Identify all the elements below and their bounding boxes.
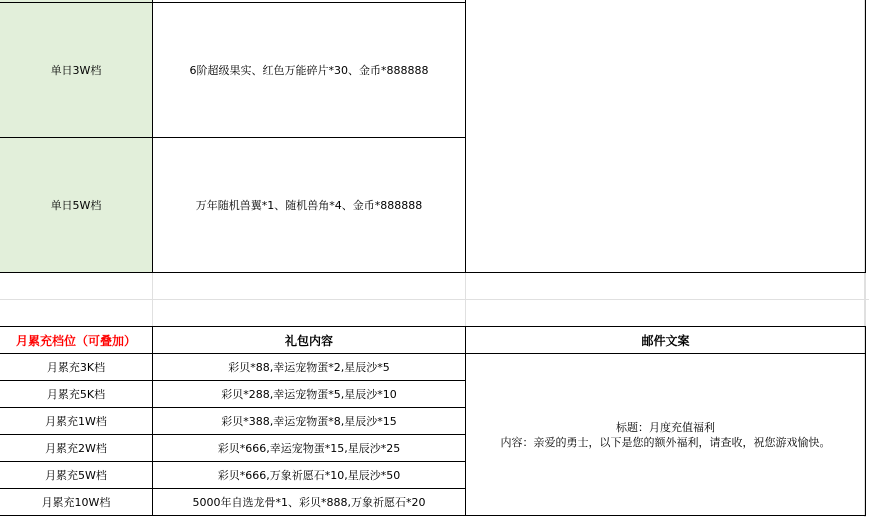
table-row-tier[interactable]: 月累充2W档 (0, 434, 153, 462)
daily-content-cell[interactable]: 万年随机兽翼*1、随机兽角*4、金币*888888 (152, 137, 466, 273)
content-text: 彩贝*88,幸运宠物蛋*2,星辰沙*5 (228, 359, 390, 375)
tier-label: 月累充2W档 (45, 440, 107, 456)
daily-content-cell[interactable]: 6阶超级果实、红色万能碎片*30、金币*888888 (152, 2, 466, 138)
table-row-content[interactable]: 彩贝*88,幸运宠物蛋*2,星辰沙*5 (152, 353, 466, 381)
daily-content-text: 万年随机兽翼*1、随机兽角*4、金币*888888 (196, 197, 423, 213)
header-tier[interactable]: 月累充档位（可叠加） (0, 326, 153, 354)
header-tier-label: 月累充档位（可叠加） (16, 332, 136, 349)
header-mail[interactable]: 邮件文案 (465, 326, 866, 354)
table-row-content[interactable]: 彩贝*388,幸运宠物蛋*8,星辰沙*15 (152, 407, 466, 435)
gridline (465, 272, 466, 326)
tier-label: 月累充3K档 (47, 359, 105, 375)
daily-tier-cell[interactable]: 单日3W档 (0, 2, 153, 138)
table-row-tier[interactable]: 月累充5W档 (0, 461, 153, 489)
tier-label: 月累充1W档 (45, 413, 107, 429)
table-row-content[interactable]: 5000年自选龙骨*1、彩贝*888,万象祈愿石*20 (152, 488, 466, 516)
content-text: 彩贝*666,万象祈愿石*10,星辰沙*50 (218, 467, 400, 483)
mail-copy-cell[interactable]: 标题：月度充值福利 内容：亲爱的勇士，以下是您的额外福利，请查收，祝您游戏愉快。 (465, 353, 866, 516)
tier-label: 月累充5K档 (47, 386, 105, 402)
table-row-content[interactable]: 彩贝*288,幸运宠物蛋*5,星辰沙*10 (152, 380, 466, 408)
table-row-tier[interactable]: 月累充1W档 (0, 407, 153, 435)
gridline (0, 299, 869, 300)
table-row-tier[interactable]: 月累充10W档 (0, 488, 153, 516)
table-row-content[interactable]: 彩贝*666,万象祈愿石*10,星辰沙*50 (152, 461, 466, 489)
content-text: 5000年自选龙骨*1、彩贝*888,万象祈愿石*20 (193, 494, 426, 510)
header-content-label: 礼包内容 (285, 332, 333, 349)
content-text: 彩贝*288,幸运宠物蛋*5,星辰沙*10 (221, 386, 396, 402)
table-row-content[interactable]: 彩贝*666,幸运宠物蛋*15,星辰沙*25 (152, 434, 466, 462)
mail-title: 标题：月度充值福利 (616, 420, 715, 435)
daily-tier-label: 单日5W档 (51, 197, 102, 213)
header-mail-label: 邮件文案 (641, 332, 689, 349)
tier-label: 月累充5W档 (45, 467, 107, 483)
daily-content-text: 6阶超级果实、红色万能碎片*30、金币*888888 (190, 62, 429, 78)
content-text: 彩贝*666,幸运宠物蛋*15,星辰沙*25 (218, 440, 400, 456)
header-content[interactable]: 礼包内容 (152, 326, 466, 354)
mail-body: 内容：亲爱的勇士，以下是您的额外福利，请查收，祝您游戏愉快。 (501, 435, 831, 450)
daily-mail-cell[interactable] (465, 0, 866, 273)
tier-label: 月累充10W档 (42, 494, 111, 510)
daily-tier-cell[interactable]: 单日5W档 (0, 137, 153, 273)
gridline (152, 272, 153, 326)
table-row-tier[interactable]: 月累充5K档 (0, 380, 153, 408)
daily-tier-label: 单日3W档 (51, 62, 102, 78)
content-text: 彩贝*388,幸运宠物蛋*8,星辰沙*15 (221, 413, 396, 429)
table-row-tier[interactable]: 月累充3K档 (0, 353, 153, 381)
